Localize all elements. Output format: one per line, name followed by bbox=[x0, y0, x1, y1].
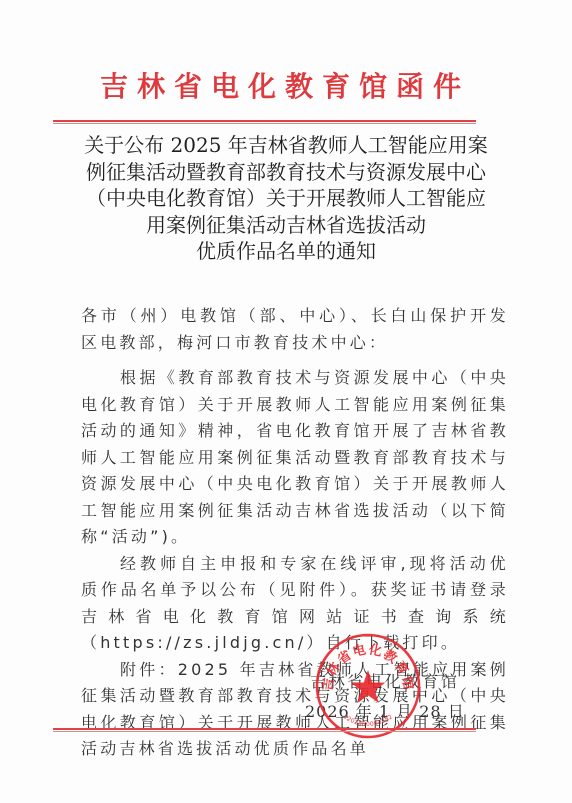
issue-date: 2026 年 1 月 28 日 bbox=[305, 699, 465, 725]
paragraph-basis: 根据《教育部教育技术与资源发展中心（中央电化教育馆）关于开展教师人工智能应用案例… bbox=[81, 365, 509, 551]
document-page: 吉林省电化教育馆函件 关于公布 2025 年吉林省教师人工智能应用案 例征集活动… bbox=[0, 0, 572, 803]
title-line-4: 用案例征集活动吉林省选拔活动 bbox=[70, 212, 502, 239]
document-title: 关于公布 2025 年吉林省教师人工智能应用案 例征集活动暨教育部教育技术与资源… bbox=[70, 132, 502, 265]
title-line-5: 优质作品名单的通知 bbox=[70, 238, 502, 265]
issuer-signature: 吉林省电化教育馆 bbox=[310, 669, 460, 695]
title-line-1: 关于公布 2025 年吉林省教师人工智能应用案 bbox=[70, 132, 502, 159]
salutation: 各市（州）电教馆（部、中心）、长白山保护开发区电教部，梅河口市教育技术中心： bbox=[81, 303, 509, 356]
title-line-3: （中央电化教育馆）关于开展教师人工智能应 bbox=[70, 185, 502, 212]
title-line-2: 例征集活动暨教育部教育技术与资源发展中心 bbox=[70, 159, 502, 186]
letterhead-divider-bottom bbox=[53, 728, 476, 732]
letterhead-title: 吉林省电化教育馆函件 bbox=[100, 70, 445, 104]
letterhead-divider-top bbox=[53, 120, 476, 124]
paragraph-announcement: 经教师自主申报和专家在线评审,现将活动优质作品名单予以公布（见附件）。获奖证书请… bbox=[81, 551, 509, 657]
